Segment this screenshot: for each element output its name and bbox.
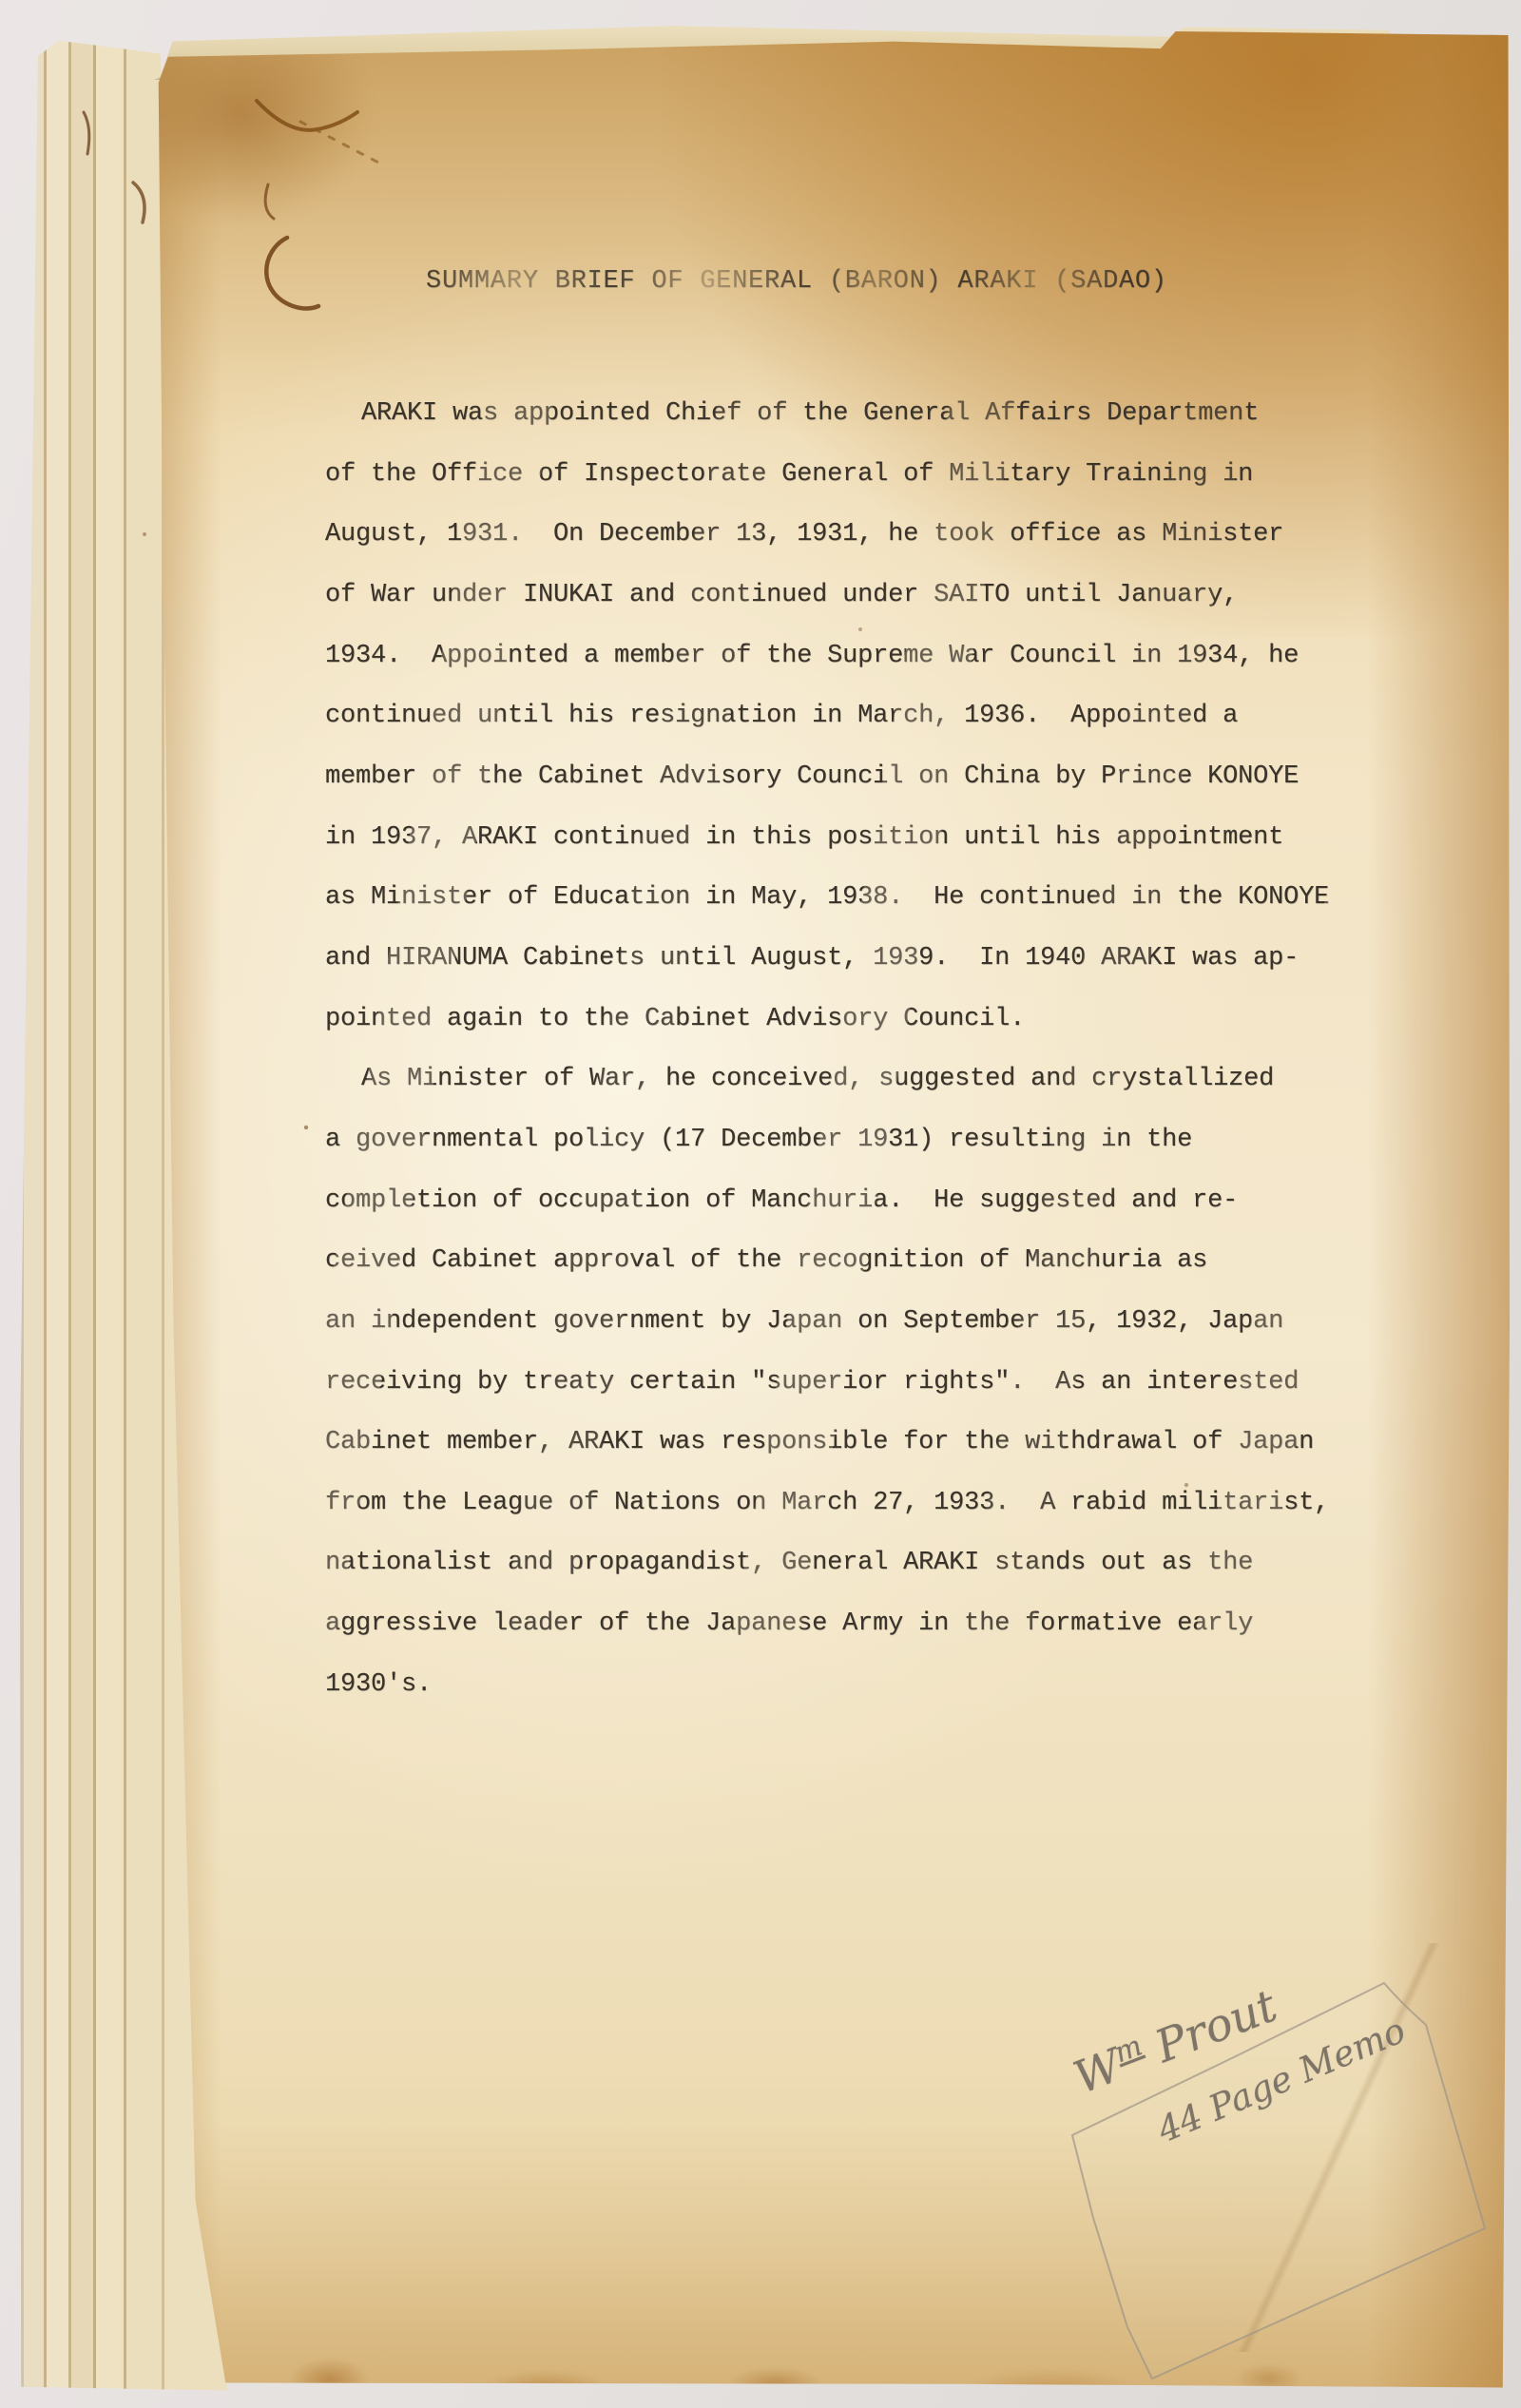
typed-line: and HIRANUMA Cabinets until August, 1939… [325, 929, 1390, 990]
paragraph: ARAKI was appointed Chief of the General… [325, 384, 1390, 1050]
typed-line: from the League of Nations on March 27, … [325, 1474, 1390, 1534]
typed-line: 1930's. [325, 1655, 1390, 1716]
aging-top-band [141, 29, 1510, 437]
typed-line: ceived Cabinet approval of the recogniti… [325, 1231, 1390, 1292]
paragraph: As Minister of War, he conceived, sugges… [325, 1050, 1390, 1715]
typed-line: an independent government by Japan on Se… [325, 1292, 1390, 1353]
typed-line: pointed again to the Cabinet Advisory Co… [325, 990, 1390, 1050]
typed-line: nationalist and propagandist, General AR… [325, 1533, 1390, 1594]
typed-line: in 1937, ARAKI continued in this positio… [325, 808, 1390, 869]
page-title: SUMMARY BRIEF OF GENERAL (BARON) ARAKI (… [426, 267, 1167, 296]
typed-line: Cabinet member, ARAKI was responsible fo… [325, 1413, 1390, 1474]
typed-line: August, 1931. On December 13, 1931, he t… [325, 505, 1390, 566]
typed-body: ARAKI was appointed Chief of the General… [325, 384, 1390, 1715]
typed-line: as Minister of Education in May, 1938. H… [325, 868, 1390, 929]
typed-line: of War under INUKAI and continued under … [325, 566, 1390, 626]
typed-line: ARAKI was appointed Chief of the General… [325, 384, 1390, 445]
typed-line: As Minister of War, he conceived, sugges… [325, 1050, 1390, 1110]
typed-line: of the Office of Inspectorate General of… [325, 445, 1390, 506]
typed-line: a governmental policy (17 December 1931)… [325, 1110, 1390, 1171]
photo-backdrop: { "page": { "title": "SUMMARY BRIEF OF G… [0, 0, 1521, 2408]
typed-line: receiving by treaty certain "superior ri… [325, 1353, 1390, 1414]
typed-line: continued until his resignation in March… [325, 686, 1390, 747]
typed-line: completion of occupation of Manchuria. H… [325, 1171, 1390, 1232]
typed-line: aggressive leader of the Japanese Army i… [325, 1594, 1390, 1655]
typed-line: 1934. Appointed a member of the Supreme … [325, 626, 1390, 687]
typed-line: member of the Cabinet Advisory Council o… [325, 747, 1390, 808]
